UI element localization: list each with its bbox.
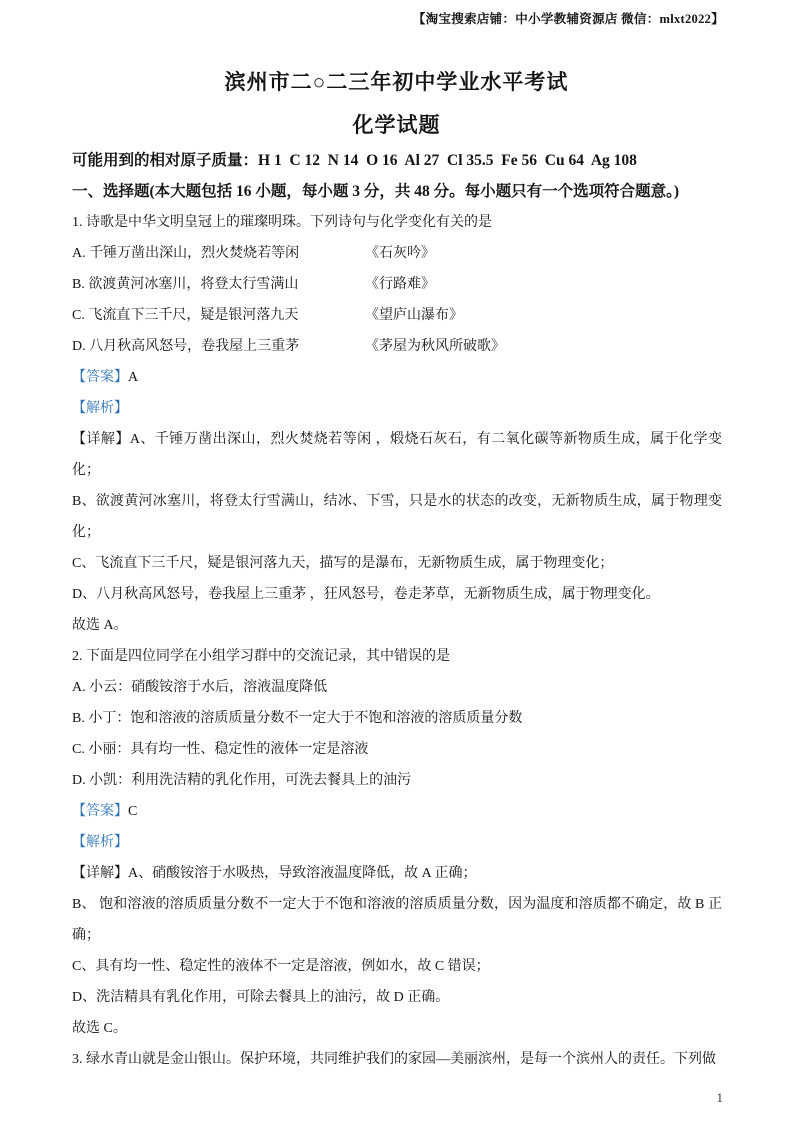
- detail-text: A、千锤万凿出深山，烈火焚烧若等闲 ，煅烧石灰石，有二氧化碳等新物质生成，属于化…: [72, 432, 722, 478]
- question-3-stem: 3. 绿水青山就是金山银山。保护环境，共同维护我们的家园—美丽滨州，是每一个滨州…: [72, 1044, 722, 1075]
- question-2-conclusion: 故选 C。: [72, 1013, 722, 1044]
- question-1-option-c: C. 飞流直下三千尺，疑是银河落九天《望庐山瀑布》: [72, 300, 722, 331]
- question-2-detail-a: 【详解】A、硝酸铵溶于水吸热，导致溶液温度降低，故 A 正确；: [72, 858, 722, 889]
- question-1-detail-a: 【详解】A、千锤万凿出深山，烈火焚烧若等闲 ，煅烧石灰石，有二氧化碳等新物质生成…: [72, 424, 722, 486]
- question-2-answer-line: 【答案】C: [72, 796, 722, 827]
- question-2-option-c: C. 小丽：具有均一性、稳定性的液体一定是溶液: [72, 734, 722, 765]
- question-2-detail-b: B、 饱和溶液的溶质质量分数不一定大于不饱和溶液的溶质质量分数，因为温度和溶质都…: [72, 889, 722, 951]
- question-2-detail-d: D、洗洁精具有乳化作用，可除去餐具上的油污，故 D 正确。: [72, 982, 722, 1013]
- analysis-label: 【解析】: [72, 401, 128, 416]
- detail-label: 【详解】: [72, 432, 130, 447]
- option-text: C. 飞流直下三千尺，疑是银河落九天: [72, 300, 365, 331]
- detail-text: A、硝酸铵溶于水吸热，导致溶液温度降低，故 A 正确；: [128, 866, 476, 881]
- question-1-detail-d: D、八月秋高风怒号，卷我屋上三重茅 ，狂风怒号，卷走茅草，无新物质生成，属于物理…: [72, 579, 722, 610]
- question-2-stem: 2. 下面是四位同学在小组学习群中的交流记录，其中错误的是: [72, 641, 722, 672]
- question-1-option-a: A. 千锤万凿出深山，烈火焚烧若等闲《石灰吟》: [72, 238, 722, 269]
- document-subtitle: 化学试题: [0, 109, 793, 139]
- document-title: 滨州市二○二三年初中学业水平考试: [0, 66, 793, 96]
- option-text: B. 欲渡黄河冰塞川，将登太行雪满山: [72, 269, 365, 300]
- option-text: D. 八月秋高风怒号，卷我屋上三重茅: [72, 331, 365, 362]
- answer-label: 【答案】: [72, 370, 128, 385]
- answer-value: A: [128, 370, 138, 385]
- question-1-answer-line: 【答案】A: [72, 362, 722, 393]
- question-1-detail-c: C、飞流直下三千尺，疑是银河落九天，描写的是瀑布，无新物质生成，属于物理变化；: [72, 548, 722, 579]
- analysis-label: 【解析】: [72, 835, 128, 850]
- option-text: A. 千锤万凿出深山，烈火焚烧若等闲: [72, 238, 365, 269]
- question-1-option-b: B. 欲渡黄河冰塞川，将登太行雪满山《行路难》: [72, 269, 722, 300]
- page-number: 1: [717, 1090, 724, 1106]
- option-source: 《望庐山瀑布》: [365, 300, 463, 331]
- question-1-stem: 1. 诗歌是中华文明皇冠上的璀璨明珠。下列诗句与化学变化有关的是: [72, 207, 722, 238]
- question-2-detail-c: C、具有均一性、稳定性的液体不一定是溶液，例如水，故 C 错误；: [72, 951, 722, 982]
- section-header: 一、选择题(本大题包括 16 小题，每小题 3 分，共 48 分。每小题只有一个…: [72, 176, 722, 207]
- atomic-mass-values: H 1 C 12 N 14 O 16 Al 27 Cl 35.5 Fe 56 C…: [258, 152, 637, 169]
- option-source: 《茅屋为秋风所破歌》: [365, 331, 505, 362]
- question-1-analysis-line: 【解析】: [72, 393, 722, 424]
- question-1-conclusion: 故选 A。: [72, 610, 722, 641]
- detail-label: 【详解】: [72, 866, 128, 881]
- question-2-analysis-line: 【解析】: [72, 827, 722, 858]
- atomic-mass-line: 可能用到的相对原子质量：H 1 C 12 N 14 O 16 Al 27 Cl …: [72, 145, 722, 176]
- answer-label: 【答案】: [72, 804, 128, 819]
- option-source: 《行路难》: [365, 269, 435, 300]
- shop-watermark-notice: 【淘宝搜索店铺：中小学教辅资源店 微信：mlxt2022】: [413, 9, 724, 27]
- option-source: 《石灰吟》: [365, 238, 435, 269]
- question-1-option-d: D. 八月秋高风怒号，卷我屋上三重茅《茅屋为秋风所破歌》: [72, 331, 722, 362]
- question-2-option-b: B. 小丁：饱和溶液的溶质质量分数不一定大于不饱和溶液的溶质质量分数: [72, 703, 722, 734]
- document-body: 可能用到的相对原子质量：H 1 C 12 N 14 O 16 Al 27 Cl …: [72, 145, 722, 1075]
- question-1-detail-b: B、欲渡黄河冰塞川，将登太行雪满山，结冰、下雪，只是水的状态的改变，无新物质生成…: [72, 486, 722, 548]
- exam-document-page: 【淘宝搜索店铺：中小学教辅资源店 微信：mlxt2022】 滨州市二○二三年初中…: [0, 0, 793, 1122]
- question-2-option-d: D. 小凯：利用洗洁精的乳化作用，可洗去餐具上的油污: [72, 765, 722, 796]
- atomic-mass-label: 可能用到的相对原子质量：: [72, 152, 258, 169]
- question-2-option-a: A. 小云：硝酸铵溶于水后，溶液温度降低: [72, 672, 722, 703]
- answer-value: C: [128, 804, 137, 819]
